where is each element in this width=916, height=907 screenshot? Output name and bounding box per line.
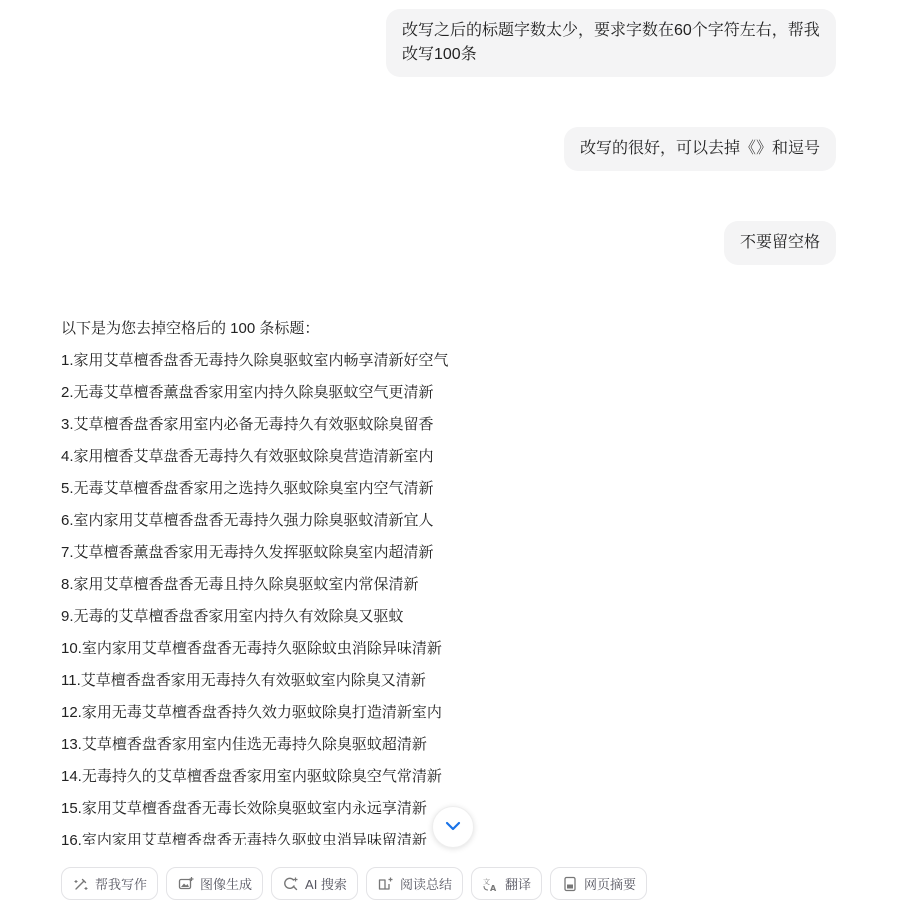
assistant-message: 以下是为您去掉空格后的 100 条标题： 1.家用艾草檀香盘香无毒持久除臭驱蚊室… xyxy=(61,315,501,855)
list-item: 14.无毒持久的艾草檀香盘香家用室内驱蚊除臭空气常清新 xyxy=(61,763,501,795)
translate-label: 翻译 xyxy=(505,874,531,893)
book-plus-icon xyxy=(378,876,394,892)
list-item: 6.室内家用艾草檀香盘香无毒持久强力除臭驱蚊清新宜人 xyxy=(61,507,501,539)
write-assist-button[interactable]: 帮我写作 xyxy=(61,867,158,900)
chevron-down-icon xyxy=(445,818,461,836)
document-icon xyxy=(562,876,578,892)
svg-text:A: A xyxy=(490,884,497,892)
user-message-bubble: 改写之后的标题字数太少，要求字数在60个字符左右，帮我改写100条 xyxy=(386,9,836,77)
user-message-bubble: 不要留空格 xyxy=(724,221,836,265)
ai-search-label: AI 搜索 xyxy=(305,874,347,893)
image-plus-icon xyxy=(178,876,194,892)
scroll-to-bottom-button[interactable] xyxy=(432,806,474,848)
user-message-bubble: 改写的很好，可以去掉《》和逗号 xyxy=(564,127,836,171)
search-sparkle-icon xyxy=(283,876,299,892)
svg-text:文: 文 xyxy=(483,877,490,886)
user-message-text: 改写的很好，可以去掉《》和逗号 xyxy=(580,140,820,157)
ai-search-button[interactable]: AI 搜索 xyxy=(271,867,358,900)
list-item: 9.无毒的艾草檀香盘香家用室内持久有效除臭又驱蚊 xyxy=(61,603,501,635)
list-item: 5.无毒艾草檀香盘香家用之选持久驱蚊除臭室内空气清新 xyxy=(61,475,501,507)
image-generate-button[interactable]: 图像生成 xyxy=(166,867,263,900)
read-summary-button[interactable]: 阅读总结 xyxy=(366,867,463,900)
list-item: 2.无毒艾草檀香薰盘香家用室内持久除臭驱蚊空气更清新 xyxy=(61,379,501,411)
user-message-text: 改写之后的标题字数太少，要求字数在60个字符左右，帮我改写100条 xyxy=(402,22,820,63)
read-summary-label: 阅读总结 xyxy=(400,874,452,893)
list-item: 13.艾草檀香盘香家用室内佳选无毒持久除臭驱蚊超清新 xyxy=(61,731,501,763)
list-item: 7.艾草檀香薰盘香家用无毒持久发挥驱蚊除臭室内超清新 xyxy=(61,539,501,571)
translate-icon: 文A xyxy=(483,876,499,892)
image-generate-label: 图像生成 xyxy=(200,874,252,893)
write-assist-label: 帮我写作 xyxy=(95,874,147,893)
pen-sparkle-icon xyxy=(73,876,89,892)
list-item: 1.家用艾草檀香盘香无毒持久除臭驱蚊室内畅享清新好空气 xyxy=(61,347,501,379)
list-item: 8.家用艾草檀香盘香无毒且持久除臭驱蚊室内常保清新 xyxy=(61,571,501,603)
list-item: 4.家用檀香艾草盘香无毒持久有效驱蚊除臭营造清新室内 xyxy=(61,443,501,475)
assistant-intro: 以下是为您去掉空格后的 100 条标题： xyxy=(61,315,501,347)
list-item: 3.艾草檀香盘香家用室内必备无毒持久有效驱蚊除臭留香 xyxy=(61,411,501,443)
chat-view: 改写之后的标题字数太少，要求字数在60个字符左右，帮我改写100条 改写的很好，… xyxy=(0,0,916,907)
page-summary-button[interactable]: 网页摘要 xyxy=(550,867,647,900)
list-item: 12.家用无毒艾草檀香盘香持久效力驱蚊除臭打造清新室内 xyxy=(61,699,501,731)
list-item: 11.艾草檀香盘香家用无毒持久有效驱蚊室内除臭又清新 xyxy=(61,667,501,699)
user-message-text: 不要留空格 xyxy=(740,234,820,251)
page-summary-label: 网页摘要 xyxy=(584,874,636,893)
quick-action-toolbar: 帮我写作 图像生成 AI 搜索 阅读总结 文A 翻译 xyxy=(61,867,647,900)
list-item: 10.室内家用艾草檀香盘香无毒持久驱除蚊虫消除异味清新 xyxy=(61,635,501,667)
translate-button[interactable]: 文A 翻译 xyxy=(471,867,542,900)
